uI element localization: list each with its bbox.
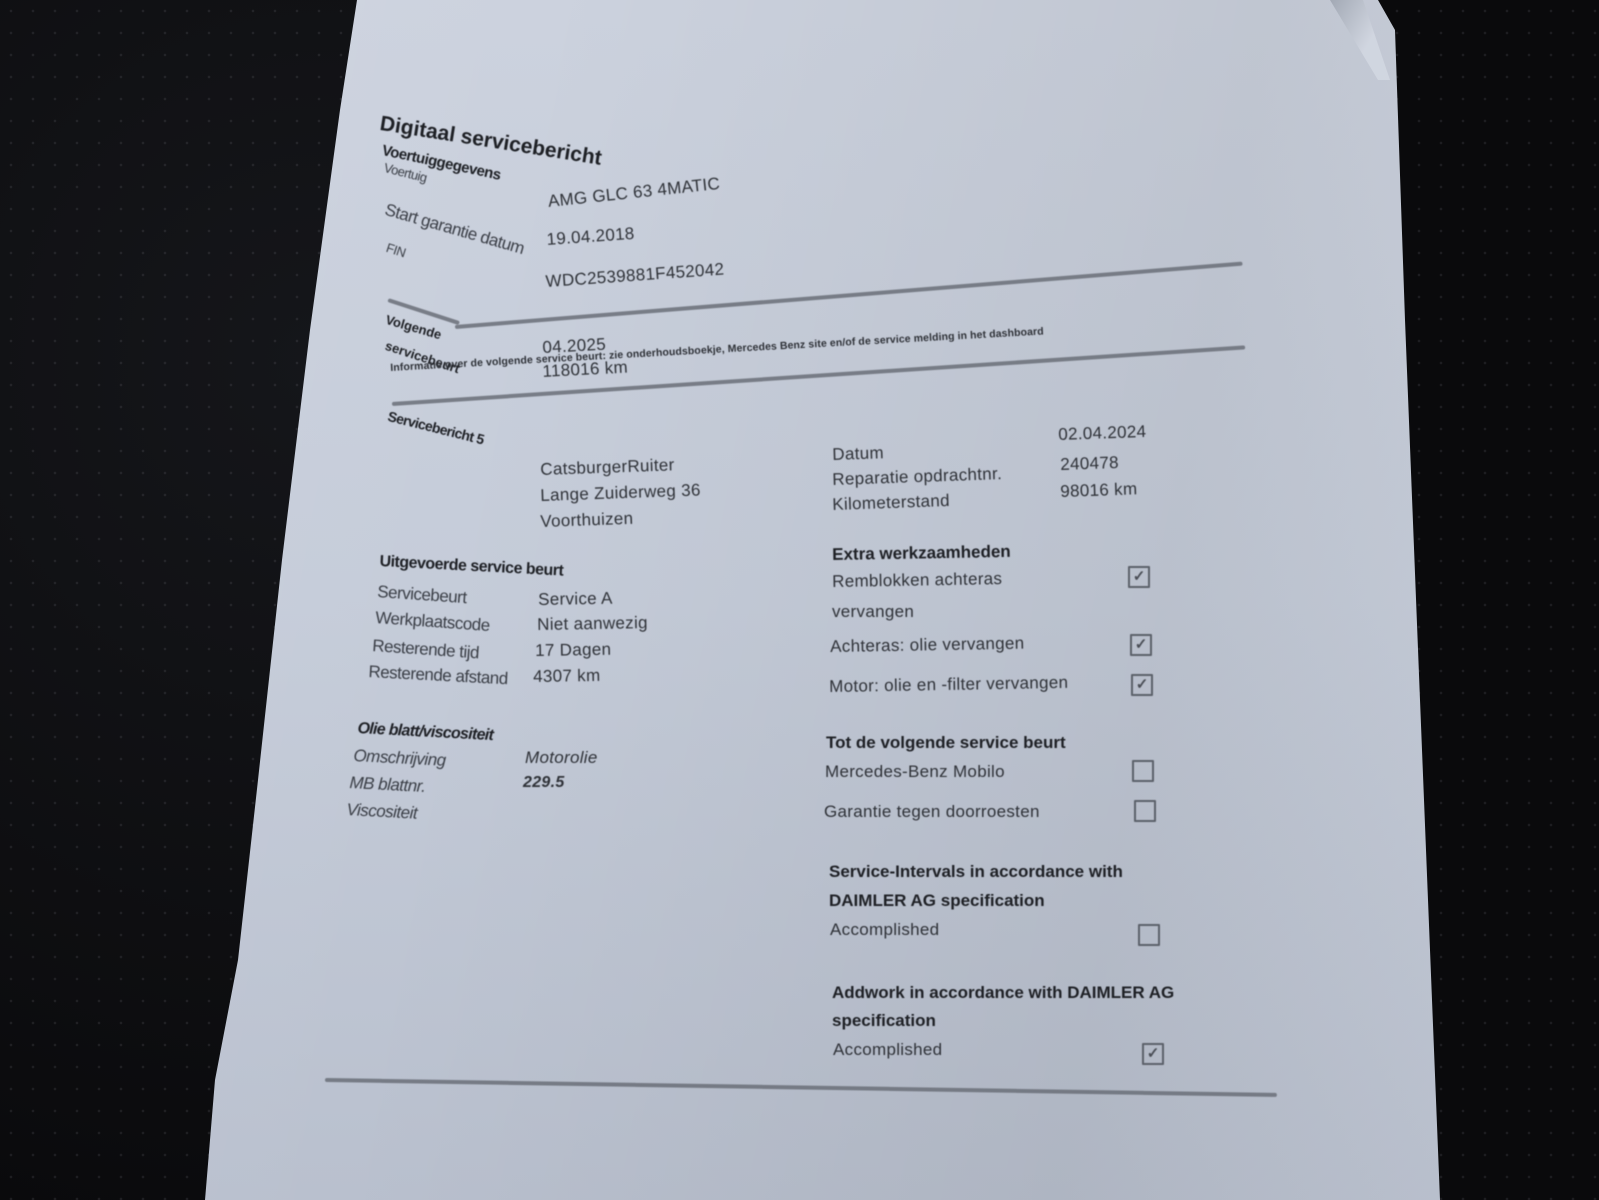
service-message-heading: Servicebericht 5 [386,408,486,447]
bottom-divider-line [325,1078,1277,1097]
extra-work-item-3: Motor: olie en -filter vervangen [829,673,1069,697]
date-label: Datum [832,443,884,465]
service-type-label: Servicebeurt [377,582,468,608]
date-value: 02.04.2024 [1058,422,1147,445]
remaining-time-value: 17 Dagen [535,640,611,661]
workshop-code-label: Werkplaatscode [375,608,491,636]
addwork-accomplished-label: Accomplished [833,1040,942,1060]
vehicle-value: AMG GLC 63 4MATIC [547,174,721,212]
fin-value: WDC2539881F452042 [545,260,725,292]
until-next-heading: Tot de volgende service beurt [826,733,1066,753]
extra-work-item-1: Remblokken achteras [832,569,1002,592]
checkbox-extra-work-2[interactable]: ✓ [1130,634,1152,656]
oil-heading: Olie blatt/viscositeit [357,720,494,745]
mb-sheet-value: 229.5 [523,774,565,792]
checkbox-addwork[interactable]: ✓ [1142,1043,1164,1065]
intervals-heading-2: DAIMLER AG specification [829,891,1045,911]
service-document: Digitaal servicebericht Voertuiggegevens… [0,0,1599,1200]
checkbox-mobilo[interactable] [1132,760,1154,782]
checkbox-extra-work-1[interactable]: ✓ [1128,566,1150,588]
extra-work-item-1-line2: vervangen [832,602,914,622]
addwork-heading: Addwork in accordance with DAIMLER AG [832,983,1174,1003]
order-number-label: Reparatie opdrachtnr. [832,464,1002,490]
fin-label: FIN [384,240,407,260]
extra-work-item-2: Achteras: olie vervangen [830,634,1025,657]
dealer-street: Lange Zuiderweg 36 [540,480,701,506]
warranty-start-value: 19.04.2018 [546,224,635,250]
order-number-value: 240478 [1060,453,1119,475]
checkbox-extra-work-3[interactable]: ✓ [1131,674,1153,696]
dealer-city: Voorthuizen [540,509,634,532]
dealer-name: CatsburgerRuiter [540,455,675,480]
odometer-label: Kilometerstand [832,491,950,515]
intervals-accomplished-label: Accomplished [830,920,939,940]
rust-warranty-label: Garantie tegen doorroesten [824,802,1040,822]
addwork-heading-2: specification [832,1011,936,1031]
odometer-value: 98016 km [1060,479,1138,502]
checkbox-rust-warranty[interactable] [1134,800,1156,822]
remaining-distance-label: Resterende afstand [368,662,508,689]
intervals-heading: Service-Intervals in accordance with [829,862,1123,882]
remaining-time-label: Resterende tijd [372,636,480,663]
performed-service-heading: Uitgevoerde service beurt [379,553,564,581]
remaining-distance-value: 4307 km [533,666,601,687]
mb-sheet-label: MB blattnr. [349,773,426,797]
oil-description-label: Omschrijving [353,746,446,771]
service-type-value: Service A [538,589,613,610]
viscosity-label: Viscositeit [346,800,418,824]
extra-work-heading: Extra werkzaamheden [832,542,1011,565]
workshop-code-value: Niet aanwezig [537,613,648,635]
mobilo-label: Mercedes-Benz Mobilo [825,762,1005,782]
checkbox-intervals[interactable] [1138,924,1160,946]
oil-description-value: Motorolie [525,748,598,768]
